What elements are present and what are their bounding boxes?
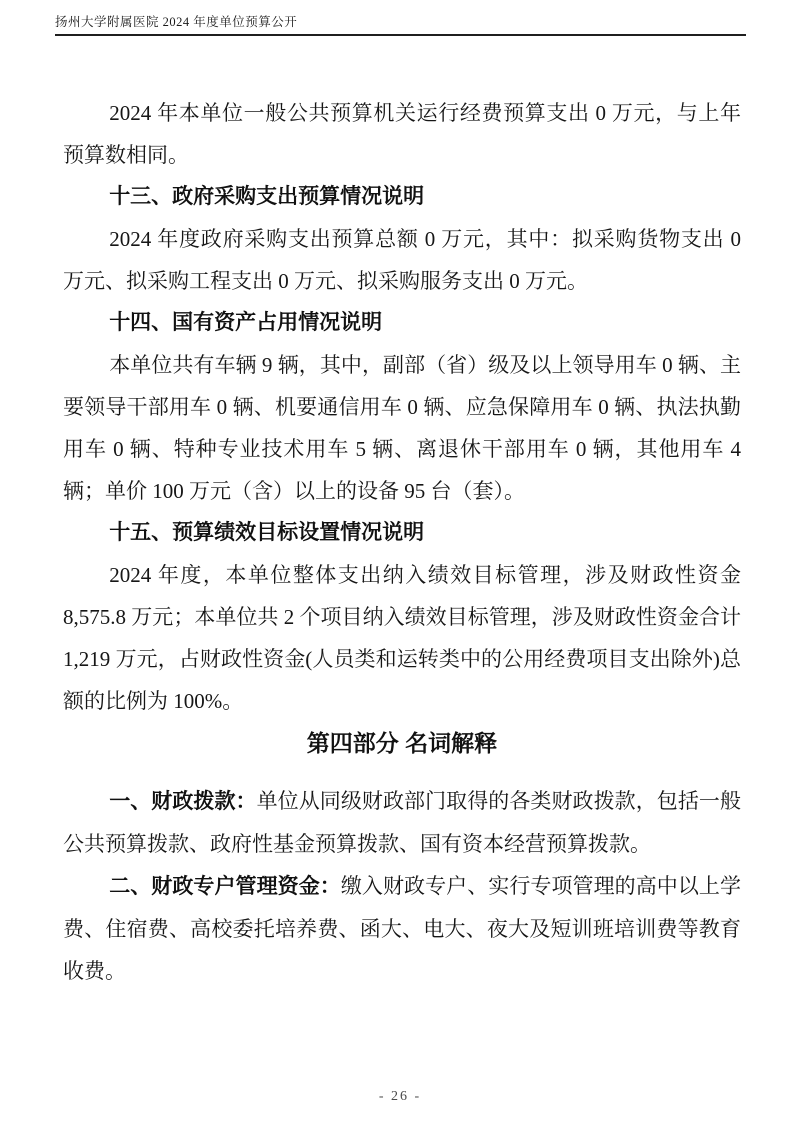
paragraph-state-assets: 本单位共有车辆 9 辆，其中，副部（省）级及以上领导用车 0 辆、主要领导干部用…	[63, 344, 741, 512]
document-content: 2024 年本单位一般公共预算机关运行经费预算支出 0 万元，与上年预算数相同。…	[63, 92, 741, 992]
paragraph-term-special-account-funds: 二、财政专户管理资金：缴入财政专户、实行专项管理的高中以上学费、住宿费、高校委托…	[63, 865, 741, 992]
page-header: 扬州大学附属医院 2024 年度单位预算公开	[55, 12, 746, 36]
heading-section-14: 十四、国有资产占用情况说明	[63, 302, 741, 344]
heading-section-15: 十五、预算绩效目标设置情况说明	[63, 512, 741, 554]
page-number: - 26 -	[379, 1089, 421, 1104]
header-title: 扬州大学附属医院 2024 年度单位预算公开	[55, 15, 297, 29]
section4-title: 第四部分 名词解释	[63, 722, 741, 764]
page-footer: - 26 -	[0, 1089, 800, 1105]
document-page: 扬州大学附属医院 2024 年度单位预算公开 2024 年本单位一般公共预算机关…	[0, 0, 800, 1131]
paragraph-admin-operating-cost: 2024 年本单位一般公共预算机关运行经费预算支出 0 万元，与上年预算数相同。	[63, 92, 741, 176]
heading-section-13: 十三、政府采购支出预算情况说明	[63, 176, 741, 218]
term1-label: 一、财政拨款：	[109, 790, 256, 813]
paragraph-term-fiscal-appropriation: 一、财政拨款：单位从同级财政部门取得的各类财政拨款，包括一般公共预算拨款、政府性…	[63, 780, 741, 865]
term2-label: 二、财政专户管理资金：	[109, 875, 341, 898]
paragraph-gov-procurement: 2024 年度政府采购支出预算总额 0 万元，其中：拟采购货物支出 0 万元、拟…	[63, 218, 741, 302]
paragraph-performance-targets: 2024 年度，本单位整体支出纳入绩效目标管理，涉及财政性资金 8,575.8 …	[63, 554, 741, 722]
